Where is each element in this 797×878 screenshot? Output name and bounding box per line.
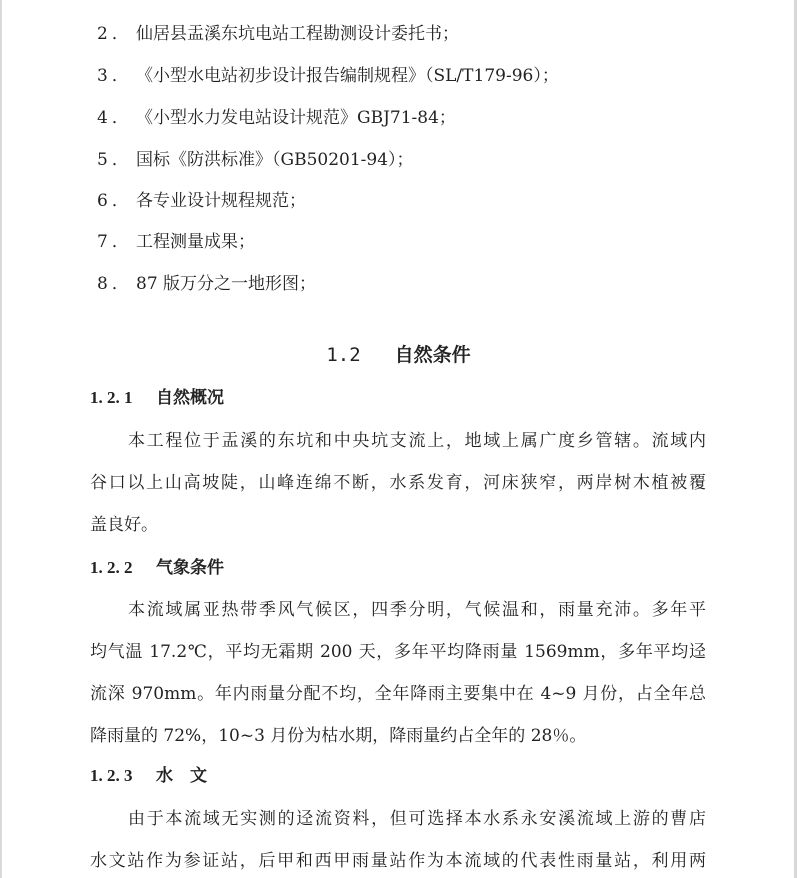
subsection-number: 1. 2. 3 (90, 765, 156, 787)
subsection-heading-hydrology: 1. 2. 3水 文 (90, 765, 207, 787)
list-number: 6． (97, 190, 136, 212)
document-page: 2．仙居县盂溪东坑电站工程勘测设计委托书； 3．《小型水电站初步设计报告编制规程… (0, 0, 797, 878)
section-number: 1.2 (326, 344, 360, 366)
list-number: 2． (97, 23, 136, 45)
list-text: 仙居县盂溪东坑电站工程勘测设计委托书； (136, 23, 459, 45)
subsection-number: 1. 2. 2 (90, 557, 156, 579)
subsection-number: 1. 2. 1 (90, 387, 156, 409)
list-number: 3． (97, 65, 136, 87)
paragraph-line: 谷口以上山高坡陡，山峰连绵不断，水系发育，河床狭窄，两岸树木植被覆 (90, 472, 706, 494)
list-number: 8． (97, 273, 136, 295)
reference-item-3: 3．《小型水电站初步设计报告编制规程》（SL/T179-96）； (97, 65, 559, 87)
subsection-title: 气象条件 (156, 558, 224, 578)
paragraph-line: 流深 970mm。年内雨量分配不均，全年降雨主要集中在 4~9 月份，占全年总 (90, 683, 706, 705)
list-number: 4． (97, 107, 136, 129)
list-number: 7． (97, 231, 136, 253)
paragraph-line: 水文站作为参证站，后甲和西甲雨量站作为本流域的代表性雨量站，利用两 (90, 850, 706, 872)
list-text: 各专业设计规程规范； (136, 190, 306, 212)
list-text: 工程测量成果； (136, 231, 255, 253)
subsection-title: 自然概况 (156, 388, 224, 408)
paragraph-line: 由于本流域无实测的迳流资料，但可选择本水系永安溪流域上游的曹店 (128, 808, 706, 830)
section-title: 自然条件 (395, 344, 471, 366)
paragraph-line: 本流域属亚热带季风气候区，四季分明，气候温和，雨量充沛。多年平 (128, 599, 706, 621)
paragraph-line: 均气温 17.2℃，平均无霜期 200 天，多年平均降雨量 1569mm，多年平… (90, 641, 706, 663)
reference-item-2: 2．仙居县盂溪东坑电站工程勘测设计委托书； (97, 23, 459, 45)
subsection-heading-climate: 1. 2. 2气象条件 (90, 557, 224, 579)
paragraph-line: 降雨量的 72%，10~3 月份为枯水期，降雨量约占全年的 28％。 (90, 725, 706, 747)
reference-item-8: 8．87 版万分之一地形图； (97, 273, 316, 295)
reference-item-7: 7．工程测量成果； (97, 231, 255, 253)
list-text: 87 版万分之一地形图； (136, 273, 316, 295)
list-number: 5． (97, 149, 136, 171)
reference-item-6: 6．各专业设计规程规范； (97, 190, 306, 212)
reference-item-5: 5．国标《防洪标准》（GB50201-94）； (97, 149, 414, 171)
subsection-heading-natural-overview: 1. 2. 1自然概况 (90, 387, 224, 409)
reference-item-4: 4．《小型水力发电站设计规范》GBJ71-84； (97, 107, 456, 129)
list-text: 《小型水电站初步设计报告编制规程》（SL/T179-96）； (136, 65, 559, 87)
list-text: 《小型水力发电站设计规范》GBJ71-84； (136, 107, 456, 129)
paragraph-line: 盖良好。 (90, 514, 706, 536)
list-text: 国标《防洪标准》（GB50201-94）； (136, 149, 414, 171)
subsection-title: 水 文 (156, 766, 207, 786)
paragraph-line: 本工程位于盂溪的东坑和中央坑支流上，地域上属广度乡管辖。流域内 (128, 430, 706, 452)
section-heading: 1.2自然条件 (0, 343, 797, 367)
